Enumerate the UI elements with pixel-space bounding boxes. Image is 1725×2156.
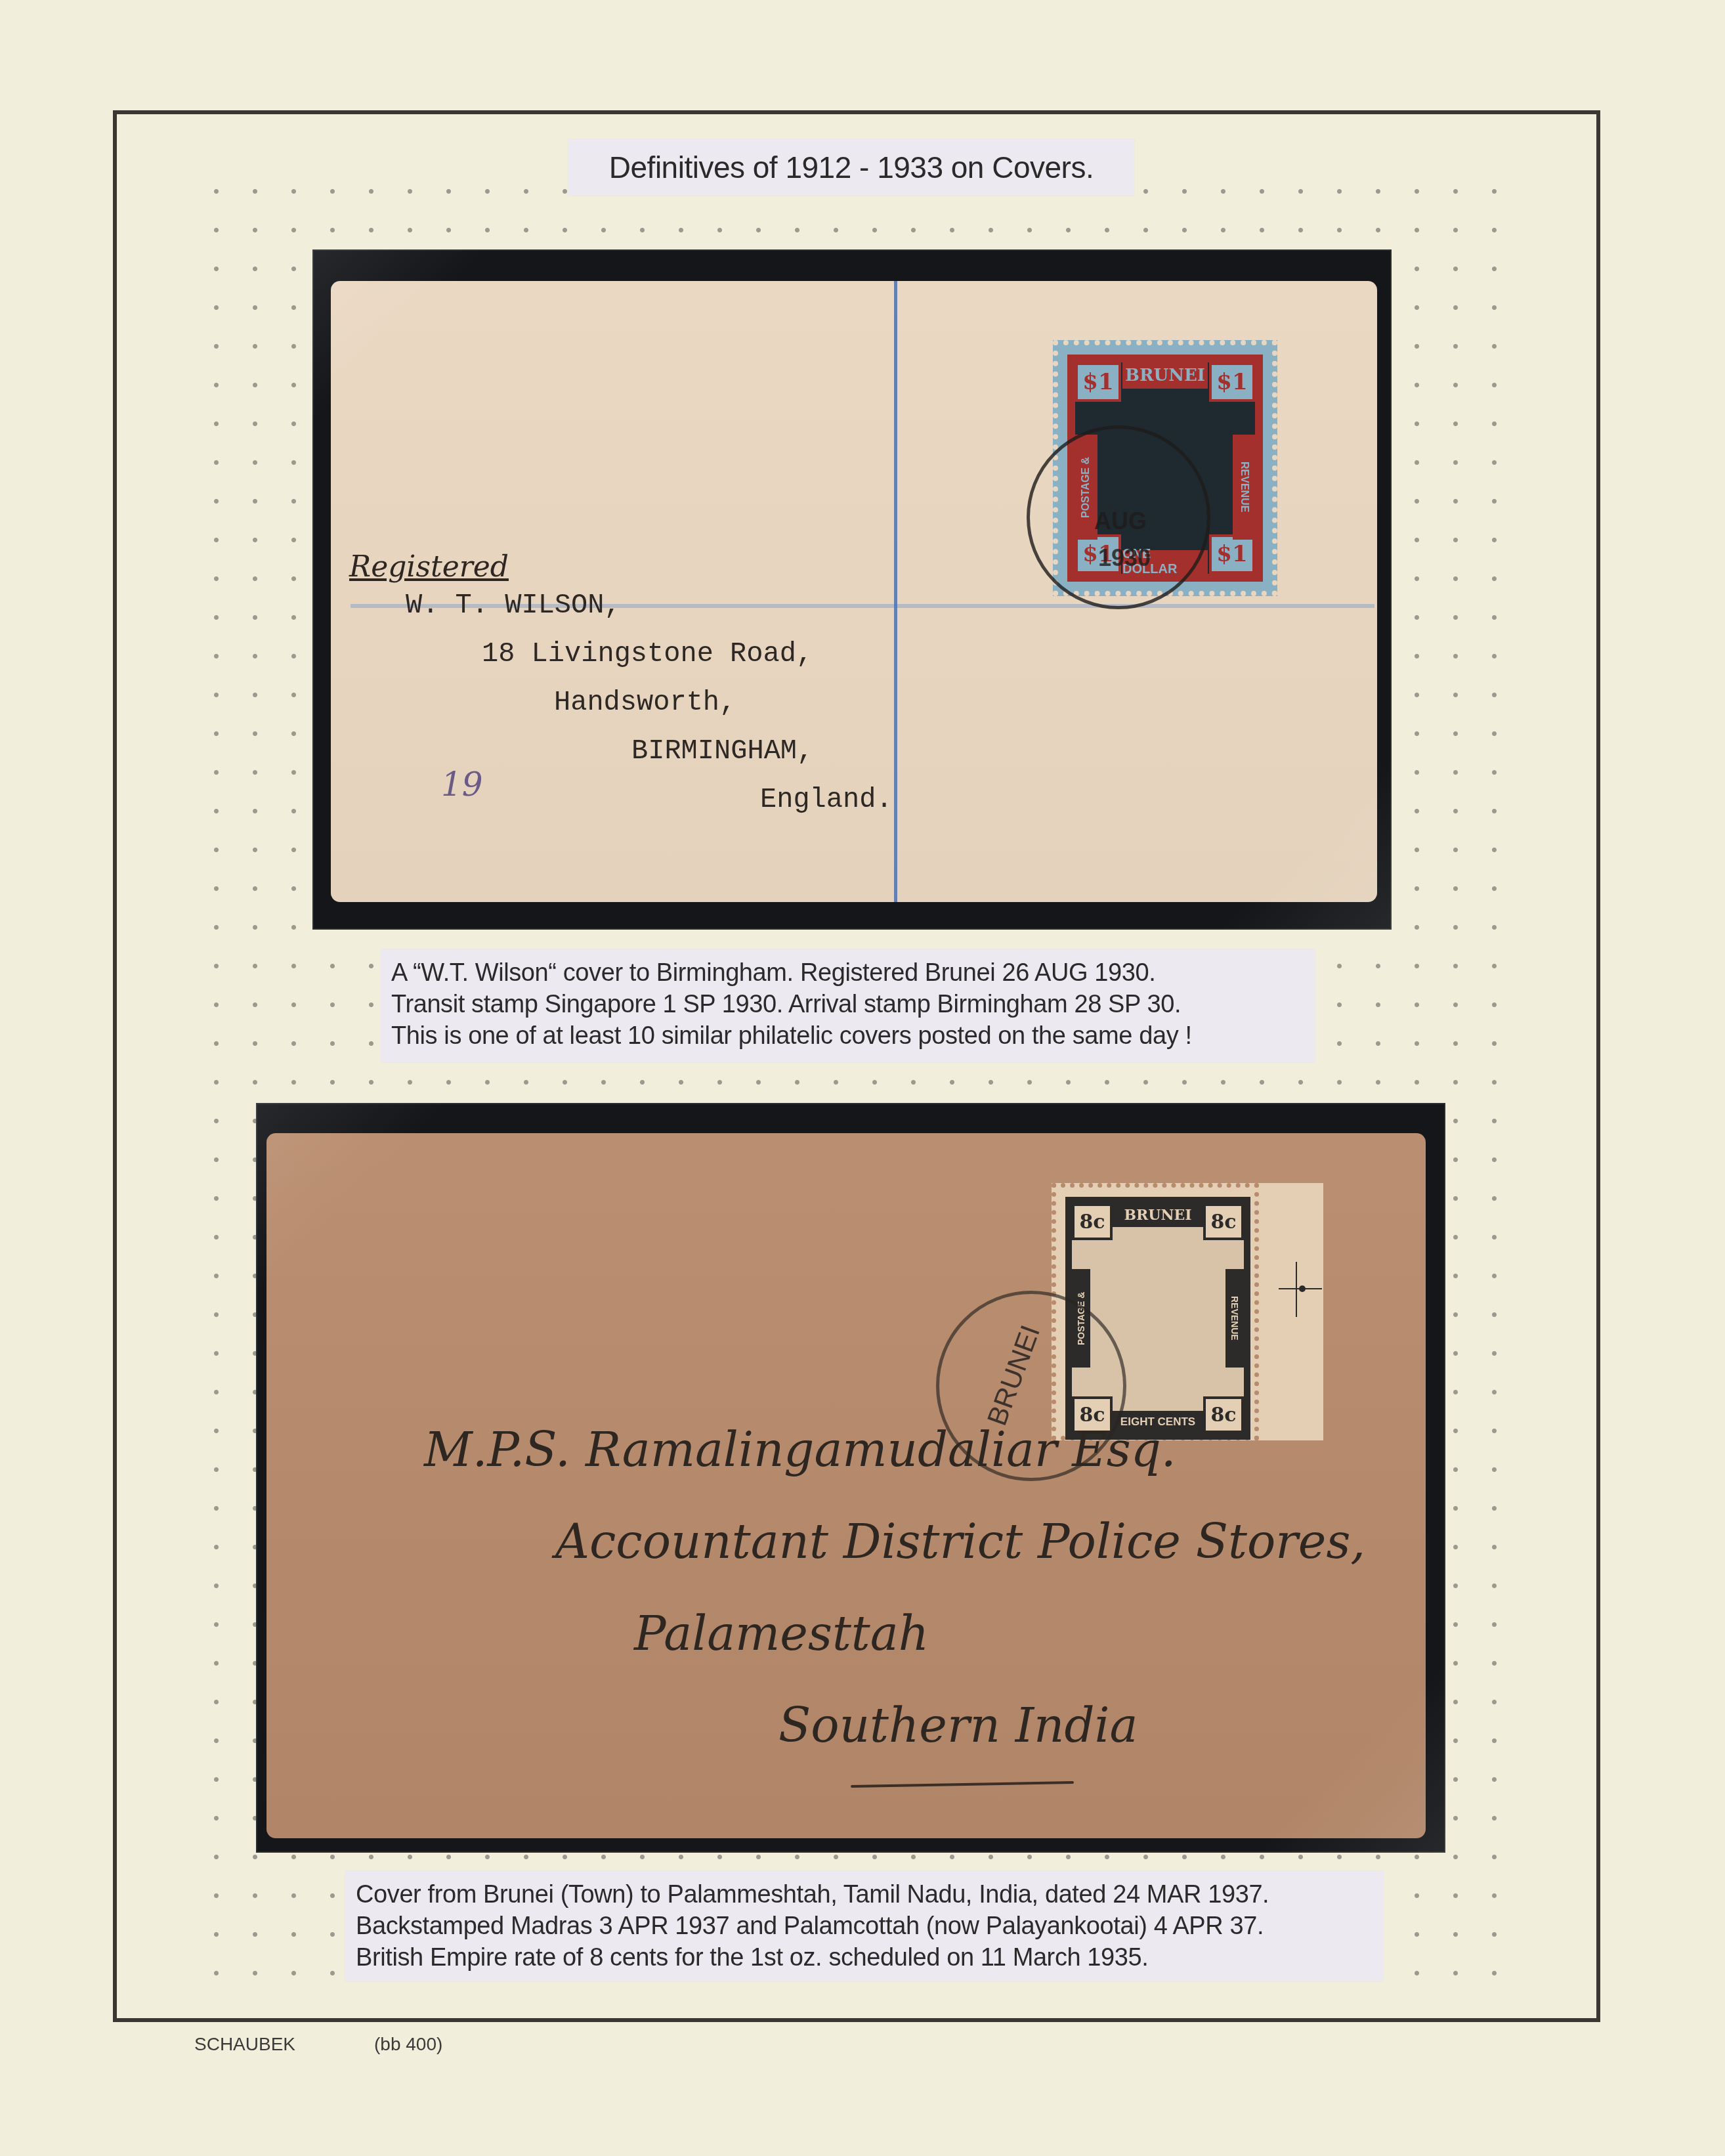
stamp-country: BRUNEI xyxy=(1113,1203,1203,1227)
cover-mount-2: 8c 8c 8c 8c BRUNEI EIGHT CENTS POSTAGE &… xyxy=(256,1103,1445,1853)
address-line-1: W. T. WILSON, xyxy=(406,590,621,621)
stamp-value-br: 8c xyxy=(1203,1396,1244,1433)
postmark-brunei-1930: AUG 1930 xyxy=(1027,425,1210,609)
address-line-2: Accountant District Police Stores, xyxy=(555,1514,1365,1569)
stamp-value-tr: $1 xyxy=(1209,362,1255,402)
address-line-4: BIRMINGHAM, xyxy=(631,735,813,767)
caption-2-line-3: British Empire rate of 8 cents for the 1… xyxy=(356,1942,1373,1973)
caption-cover-1: A “W.T. Wilson“ cover to Birmingham. Reg… xyxy=(381,949,1315,1062)
address-line-4: Southern India xyxy=(778,1698,1138,1753)
stamp-side-right: REVENUE xyxy=(1233,435,1255,540)
stamp-value-br: $1 xyxy=(1209,534,1255,574)
registered-annotation: Registered xyxy=(349,550,509,584)
stamp-value-tr: 8c xyxy=(1203,1203,1244,1240)
cover-brunei-to-india: 8c 8c 8c 8c BRUNEI EIGHT CENTS POSTAGE &… xyxy=(266,1133,1426,1838)
postmark-year: 1930 xyxy=(1098,544,1151,572)
caption-2-line-1: Cover from Brunei (Town) to Palammeshtah… xyxy=(356,1879,1373,1910)
address-line-3: Handsworth, xyxy=(554,687,736,718)
address-underline xyxy=(851,1781,1074,1788)
caption-1-line-3: This is one of at least 10 similar phila… xyxy=(391,1020,1305,1052)
footer-publisher: SCHAUBEK xyxy=(194,2034,295,2055)
caption-2-line-2: Backstamped Madras 3 APR 1937 and Palamc… xyxy=(356,1910,1373,1942)
stamp-side-right: REVENUE xyxy=(1225,1269,1244,1368)
caption-1-line-1: A “W.T. Wilson“ cover to Birmingham. Reg… xyxy=(391,957,1305,989)
registration-line-vertical xyxy=(894,281,897,902)
address-line-2: 18 Livingstone Road, xyxy=(482,638,813,670)
caption-cover-2: Cover from Brunei (Town) to Palammeshtah… xyxy=(345,1871,1384,1981)
stamp-country: BRUNEI xyxy=(1122,362,1208,389)
postmark-month: AUG xyxy=(1094,507,1147,535)
cover-mount-1: $1 $1 $1 $1 BRUNEI ONE DOLLAR POSTAGE & … xyxy=(312,249,1392,930)
sheet-margin xyxy=(1259,1183,1323,1440)
address-line-3: Palamesttah xyxy=(634,1606,929,1661)
stamp-value-tl: $1 xyxy=(1075,362,1121,402)
cover-registered-birmingham: $1 $1 $1 $1 BRUNEI ONE DOLLAR POSTAGE & … xyxy=(331,281,1377,902)
caption-1-line-2: Transit stamp Singapore 1 SP 1930. Arriv… xyxy=(391,989,1305,1020)
page-title: Definitives of 1912 - 1933 on Covers. xyxy=(568,139,1134,196)
footer-page-code: (bb 400) xyxy=(374,2034,442,2055)
stamp-value-tl: 8c xyxy=(1072,1203,1113,1240)
postmark-town: BRUNEI xyxy=(981,1321,1046,1430)
address-line-5: England. xyxy=(760,784,893,815)
address-line-1: M.P.S. Ramalingamudaliar Esq. xyxy=(424,1422,1176,1477)
pencil-note: 19 xyxy=(441,765,483,804)
